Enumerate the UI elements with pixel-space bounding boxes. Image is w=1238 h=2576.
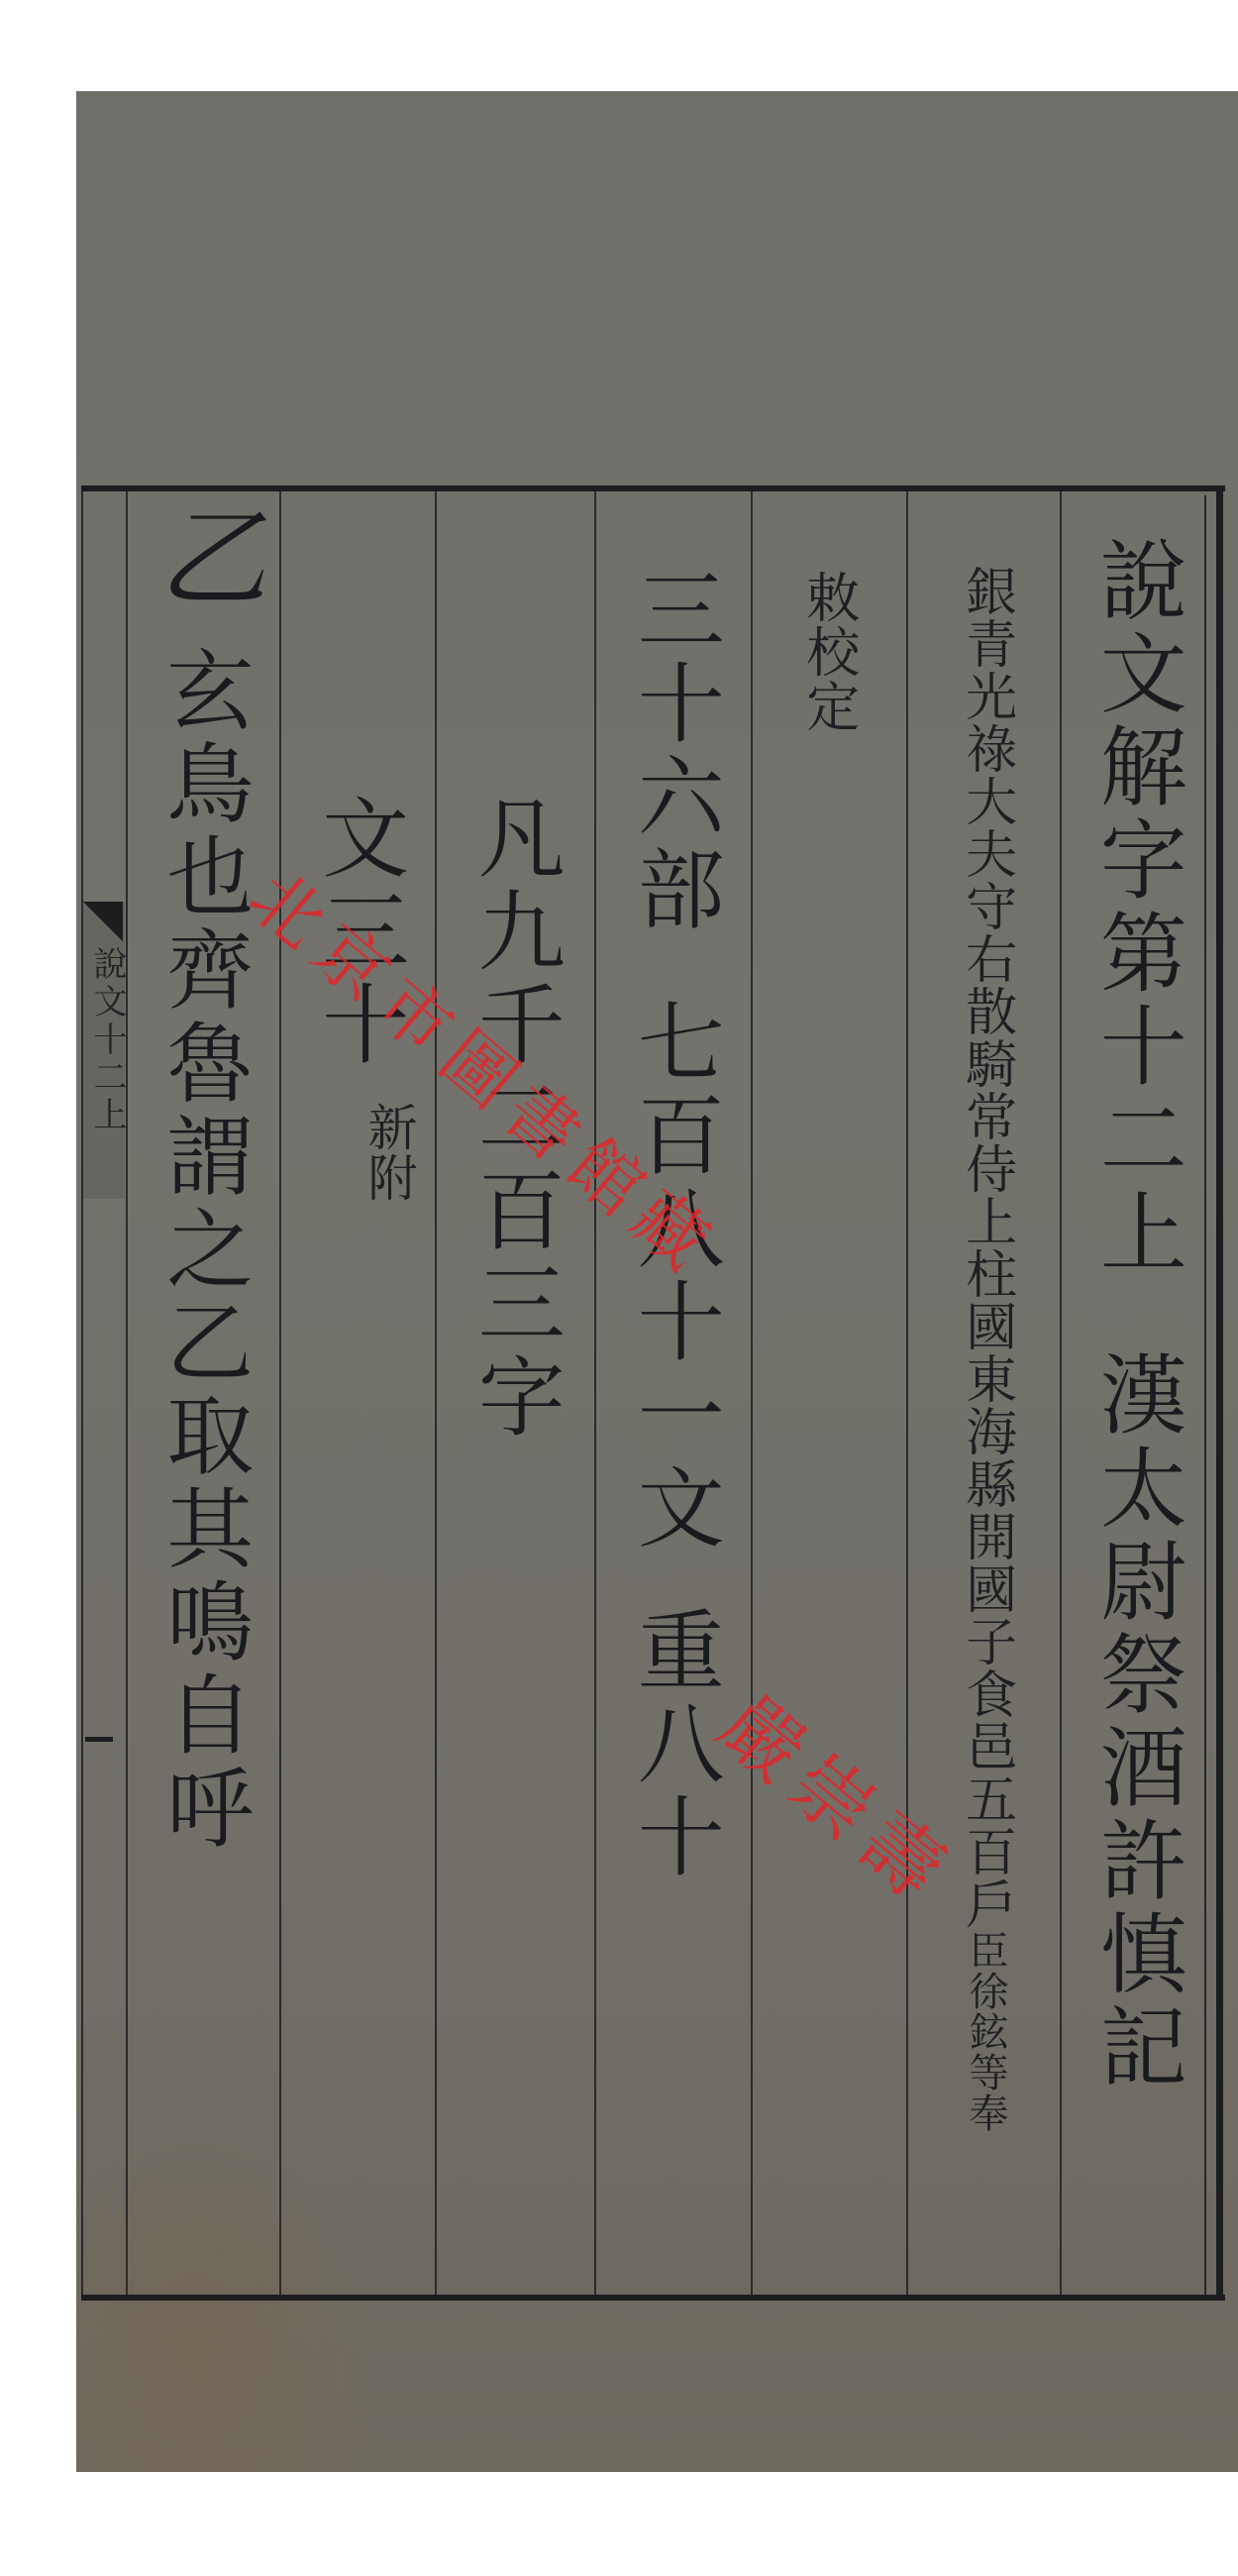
collation-note: 敕校定 — [799, 570, 858, 733]
column-1: 說文解字第十二上 漢太尉祭酒許慎記 — [1065, 495, 1208, 2294]
column-4: 三十六部 七百八十一文 重八十 — [597, 495, 751, 2294]
column-rule — [594, 491, 596, 2295]
column-rule — [906, 491, 908, 2295]
column-rule — [1060, 491, 1062, 2295]
author-line: 漢太尉祭酒許慎記 — [1087, 1349, 1186, 2094]
entry-definition: 玄鳥也齊魯謂之乙取其鳴自呼 — [155, 645, 253, 1856]
seal-script-headword: 乙 — [142, 500, 263, 615]
radical-count: 三十六部 — [625, 565, 723, 937]
column-6: 文三十 新附 — [283, 495, 434, 2294]
column-2: 銀青光祿大夫守右散騎常侍上柱國東海縣開國子食邑五百戶 臣徐鉉等奉 — [911, 495, 1060, 2294]
column-7: 乙 玄鳥也齊魯謂之乙取其鳴自呼 — [129, 495, 277, 2294]
column-5: 凡九千二百三字 — [438, 495, 591, 2294]
column-rule — [435, 491, 437, 2295]
column-rule — [751, 491, 753, 2295]
banxin-title: 說文十二上 — [83, 946, 132, 1134]
new-additions-note: 新附 — [361, 1102, 416, 1203]
frame-left-border — [81, 491, 83, 2295]
column-rule — [279, 491, 281, 2295]
editor-title-line: 銀青光祿大夫守右散騎常侍上柱國東海縣開國子食邑五百戶 — [957, 565, 1013, 1930]
volume-title: 說文解字第十二上 — [1087, 535, 1186, 1280]
page-number-mark — [85, 1737, 113, 1742]
column-rule — [126, 491, 128, 2295]
editor-name-line: 臣徐鉉等奉 — [964, 1930, 1007, 2133]
frame-right-outer-border — [1216, 485, 1223, 2301]
fish-tail-mark-icon — [83, 902, 123, 941]
column-3: 敕校定 — [755, 495, 903, 2294]
